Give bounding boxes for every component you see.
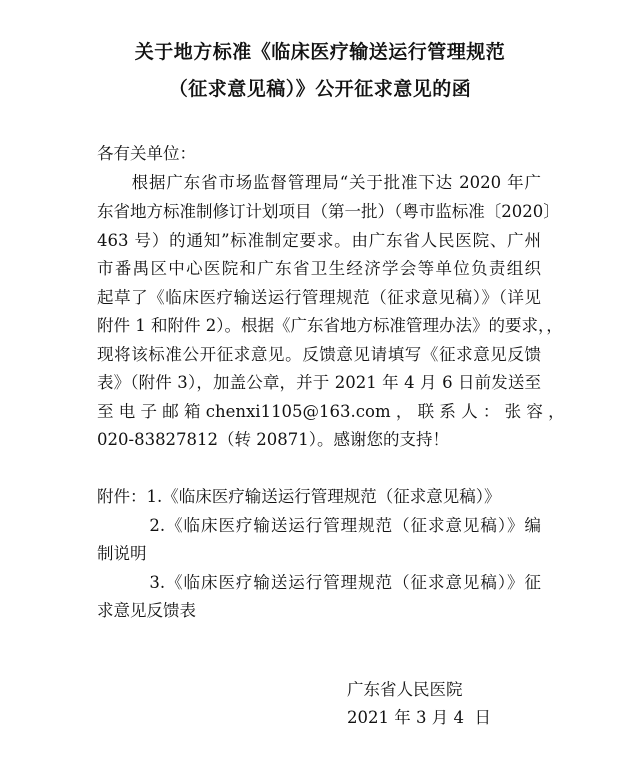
body-line-phone: 020-83827812（转 20871）。感谢您的支持！ [97,428,449,452]
attachment-item-2-cont: 制说明 [97,542,147,566]
body-line: 根据广东省市场监督管理局“关于批准下达 2020 年广 [97,171,541,195]
attachment-item-1: 附件：1.《临床医疗输送运行管理规范（征求意见稿）》 [97,485,501,509]
signature-date: 2021 年 3 月 4 日 [347,706,491,730]
document-title-line-1: 关于地方标准《临床医疗输送运行管理规范 [0,37,640,64]
body-line: 附件 1 和附件 2）。根据《广东省地方标准管理办法》的要求，， [97,314,541,338]
body-line-email: 至 电 子 邮 箱 chenxi1105@163.com ， 联 系 人 ： 张… [97,400,541,424]
body-line: 市番禺区中心医院和广东省卫生经济学会等单位负责组织 [97,257,541,281]
body-line: 463 号）的通知”标准制定要求。由广东省人民医院、广州 [97,229,541,253]
attachment-item-3: 3.《临床医疗输送运行管理规范（征求意见稿）》征 [97,571,541,595]
attachment-item-2: 2.《临床医疗输送运行管理规范（征求意见稿）》编 [97,514,541,538]
attachment-item-3-cont: 求意见反馈表 [97,599,196,623]
salutation: 各有关单位： [97,142,196,166]
body-line: 现将该标准公开征求意见。反馈意见请填写《征求意见反馈 [97,343,541,367]
document-title-line-2: （征求意见稿）》公开征求意见的函 [0,74,640,101]
body-line: 表》（附件 3），加盖公章，并于 2021 年 4 月 6 日前发送至 [97,371,541,395]
body-line: 起草了《临床医疗输送运行管理规范（征求意见稿）》（详见 [97,286,541,310]
body-line: 东省地方标准制修订计划项目（第一批）（粤市监标准〔2020〕 [97,200,541,224]
signature-organization: 广东省人民医院 [347,678,463,702]
